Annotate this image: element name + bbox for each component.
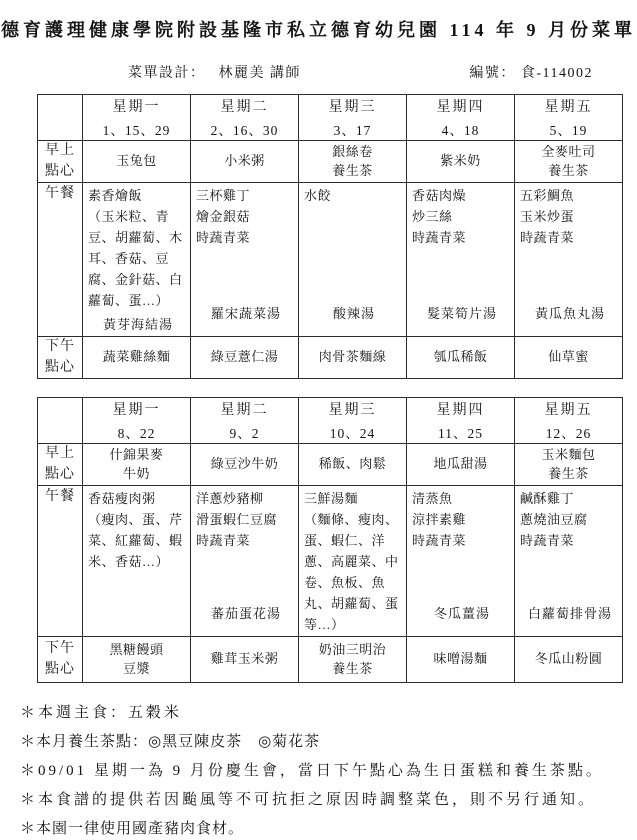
row-label-afternoon-snack: 下午 點心 — [38, 637, 83, 683]
lunch-row: 午餐 香菇瘦肉粥 （瘦肉、蛋、芹菜、紅蘿蔔、蝦米、香菇…） 洋蔥炒豬柳 滑蛋蝦仁… — [38, 486, 623, 637]
footnote-line: ＊本週主食：五穀米 — [20, 699, 637, 728]
afternoon-snack-cell: 瓠瓜稀飯 — [407, 337, 515, 379]
menu-designer-value: 林麗美 講師 — [219, 62, 302, 82]
morning-snack-cell: 玉兔包 — [83, 141, 191, 183]
weekday-header-thu: 星期四 11、25 — [407, 398, 515, 444]
menu-number: 編號： 食-114002 — [469, 62, 593, 82]
menu-number-label: 編號： — [469, 62, 516, 82]
lunch-cell: 素香燴飯 （玉米粒、青豆、胡蘿蔔、木耳、香菇、豆腐、金針菇、白蘿蔔、蛋…） 黃芽… — [83, 183, 191, 337]
lunch-dishes: 洋蔥炒豬柳 滑蛋蝦仁豆腐 時蔬青菜 — [196, 488, 296, 551]
weekday-dates: 1、15、29 — [83, 119, 190, 139]
footnote-line: ＊本月養生茶點：◎黑豆陳皮茶 ◎菊花茶 — [20, 728, 637, 757]
afternoon-snack-cell: 綠豆薏仁湯 — [191, 337, 299, 379]
lunch-dishes: 清蒸魚 涼拌素雞 時蔬青菜 — [412, 488, 512, 551]
lunch-dishes: 三鮮湯麵 （麵條、瘦肉、蛋、蝦仁、洋蔥、高麗菜、中卷、魚板、魚丸、胡蘿蔔、蛋等…… — [304, 488, 404, 635]
weekday-header-tue: 星期二 9、2 — [191, 398, 299, 444]
lunch-dishes: 三杯雞丁 燴金銀菇 時蔬青菜 — [196, 185, 296, 248]
weekday-name: 星期一 — [83, 96, 190, 116]
weekday-name: 星期二 — [191, 96, 298, 116]
corner-cell — [38, 398, 83, 444]
afternoon-snack-cell: 冬瓜山粉圓 — [515, 637, 623, 683]
lunch-soup: 羅宋蔬菜湯 — [196, 303, 296, 336]
weekday-name: 星期五 — [515, 96, 622, 116]
row-label-lunch: 午餐 — [38, 486, 83, 637]
weekday-header-mon: 星期一 8、22 — [83, 398, 191, 444]
footnote-line: ＊本食譜的提供若因颱風等不可抗拒之原因時調整菜色，則不另行通知。 — [20, 786, 637, 815]
lunch-soup: 酸辣湯 — [304, 303, 404, 336]
lunch-row: 午餐 素香燴飯 （玉米粒、青豆、胡蘿蔔、木耳、香菇、豆腐、金針菇、白蘿蔔、蛋…）… — [38, 183, 623, 337]
weekday-name: 星期三 — [299, 399, 406, 419]
footnotes: ＊本週主食：五穀米 ＊本月養生茶點：◎黑豆陳皮茶 ◎菊花茶 ＊09/01 星期一… — [20, 699, 637, 840]
lunch-cell: 五彩鯛魚 玉米炒蛋 時蔬青菜 黃瓜魚丸湯 — [515, 183, 623, 337]
lunch-cell: 水餃 酸辣湯 — [299, 183, 407, 337]
page-title: 德育護理健康學院附設基隆市私立德育幼兒園 114 年 9 月份菜單 — [0, 0, 637, 42]
row-label-morning-snack: 早上 點心 — [38, 444, 83, 486]
weekday-dates: 9、2 — [191, 422, 298, 442]
row-label-morning-snack: 早上 點心 — [38, 141, 83, 183]
morning-snack-cell: 地瓜甜湯 — [407, 444, 515, 486]
lunch-cell: 清蒸魚 涼拌素雞 時蔬青菜 冬瓜薑湯 — [407, 486, 515, 637]
weekday-header-mon: 星期一 1、15、29 — [83, 95, 191, 141]
weekday-name: 星期五 — [515, 399, 622, 419]
lunch-dishes: 香菇肉燥 炒三絲 時蔬青菜 — [412, 185, 512, 248]
weekday-dates: 10、24 — [299, 422, 406, 442]
lunch-cell: 洋蔥炒豬柳 滑蛋蝦仁豆腐 時蔬青菜 蕃茄蛋花湯 — [191, 486, 299, 637]
weekday-header-tue: 星期二 2、16、30 — [191, 95, 299, 141]
weekday-header-fri: 星期五 5、19 — [515, 95, 623, 141]
row-label-afternoon-snack: 下午 點心 — [38, 337, 83, 379]
morning-snack-cell: 紫米奶 — [407, 141, 515, 183]
morning-snack-cell: 小米粥 — [191, 141, 299, 183]
morning-snack-cell: 玉米麵包 養生茶 — [515, 444, 623, 486]
menu-table-week-b: 星期一 8、22 星期二 9、2 星期三 10、24 星期四 11、25 星期五… — [37, 397, 623, 683]
weekday-header-thu: 星期四 4、18 — [407, 95, 515, 141]
meta-row: 菜單設計： 林麗美 講師 編號： 食-114002 — [0, 42, 637, 82]
weekday-dates: 2、16、30 — [191, 119, 298, 139]
weekday-dates: 8、22 — [83, 422, 190, 442]
footnote-line: ＊本園一律使用國產豬肉食材。 — [20, 815, 637, 840]
lunch-soup: 黃芽海結湯 — [88, 314, 188, 336]
weekday-header-wed: 星期三 3、17 — [299, 95, 407, 141]
afternoon-snack-row: 下午 點心 蔬菜雞絲麵 綠豆薏仁湯 肉骨茶麵線 瓠瓜稀飯 仙草蜜 — [38, 337, 623, 379]
weekday-header-row: 星期一 1、15、29 星期二 2、16、30 星期三 3、17 星期四 4、1… — [38, 95, 623, 141]
lunch-soup: 髮菜筍片湯 — [412, 303, 512, 336]
lunch-cell: 三鮮湯麵 （麵條、瘦肉、蛋、蝦仁、洋蔥、高麗菜、中卷、魚板、魚丸、胡蘿蔔、蛋等…… — [299, 486, 407, 637]
afternoon-snack-cell: 蔬菜雞絲麵 — [83, 337, 191, 379]
lunch-soup: 黃瓜魚丸湯 — [520, 303, 620, 336]
menu-table-week-a: 星期一 1、15、29 星期二 2、16、30 星期三 3、17 星期四 4、1… — [37, 94, 623, 379]
weekday-header-fri: 星期五 12、26 — [515, 398, 623, 444]
row-label-lunch: 午餐 — [38, 183, 83, 337]
menu-designer: 菜單設計： 林麗美 講師 — [128, 62, 301, 82]
afternoon-snack-cell: 仙草蜜 — [515, 337, 623, 379]
morning-snack-row: 早上 點心 玉兔包 小米粥 銀絲卷 養生茶 紫米奶 全麥吐司 養生茶 — [38, 141, 623, 183]
afternoon-snack-cell: 味噌湯麵 — [407, 637, 515, 683]
footnote-line: ＊09/01 星期一為 9 月份慶生會，當日下午點心為生日蛋糕和養生茶點。 — [20, 757, 637, 786]
lunch-cell: 香菇瘦肉粥 （瘦肉、蛋、芹菜、紅蘿蔔、蝦米、香菇…） — [83, 486, 191, 637]
weekday-header-row: 星期一 8、22 星期二 9、2 星期三 10、24 星期四 11、25 星期五… — [38, 398, 623, 444]
weekday-name: 星期一 — [83, 399, 190, 419]
lunch-soup: 蕃茄蛋花湯 — [196, 603, 296, 636]
afternoon-snack-cell: 肉骨茶麵線 — [299, 337, 407, 379]
lunch-dishes: 素香燴飯 （玉米粒、青豆、胡蘿蔔、木耳、香菇、豆腐、金針菇、白蘿蔔、蛋…） — [88, 185, 188, 311]
menu-designer-label: 菜單設計： — [128, 62, 206, 82]
afternoon-snack-row: 下午 點心 黑糖饅頭 豆漿 雞茸玉米粥 奶油三明治 養生茶 味噌湯麵 冬瓜山粉圓 — [38, 637, 623, 683]
afternoon-snack-cell: 雞茸玉米粥 — [191, 637, 299, 683]
morning-snack-cell: 綠豆沙牛奶 — [191, 444, 299, 486]
morning-snack-cell: 稀飯、肉鬆 — [299, 444, 407, 486]
weekday-dates: 12、26 — [515, 422, 622, 442]
morning-snack-cell: 全麥吐司 養生茶 — [515, 141, 623, 183]
lunch-dishes: 鹹酥雞丁 蔥燒油豆腐 時蔬青菜 — [520, 488, 620, 551]
morning-snack-cell: 銀絲卷 養生茶 — [299, 141, 407, 183]
weekday-dates: 5、19 — [515, 119, 622, 139]
menu-number-value: 食-114002 — [521, 62, 593, 82]
weekday-name: 星期四 — [407, 96, 514, 116]
morning-snack-row: 早上 點心 什錦果麥 牛奶 綠豆沙牛奶 稀飯、肉鬆 地瓜甜湯 玉米麵包 養生茶 — [38, 444, 623, 486]
weekday-name: 星期三 — [299, 96, 406, 116]
lunch-soup: 白蘿蔔排骨湯 — [520, 603, 620, 636]
weekday-dates: 11、25 — [407, 422, 514, 442]
weekday-dates: 4、18 — [407, 119, 514, 139]
lunch-cell: 鹹酥雞丁 蔥燒油豆腐 時蔬青菜 白蘿蔔排骨湯 — [515, 486, 623, 637]
weekday-name: 星期二 — [191, 399, 298, 419]
lunch-soup: 冬瓜薑湯 — [412, 603, 512, 636]
afternoon-snack-cell: 黑糖饅頭 豆漿 — [83, 637, 191, 683]
weekday-name: 星期四 — [407, 399, 514, 419]
lunch-cell: 香菇肉燥 炒三絲 時蔬青菜 髮菜筍片湯 — [407, 183, 515, 337]
weekday-dates: 3、17 — [299, 119, 406, 139]
lunch-cell: 三杯雞丁 燴金銀菇 時蔬青菜 羅宋蔬菜湯 — [191, 183, 299, 337]
lunch-dishes: 五彩鯛魚 玉米炒蛋 時蔬青菜 — [520, 185, 620, 248]
lunch-dishes: 水餃 — [304, 185, 404, 206]
weekday-header-wed: 星期三 10、24 — [299, 398, 407, 444]
lunch-dishes: 香菇瘦肉粥 （瘦肉、蛋、芹菜、紅蘿蔔、蝦米、香菇…） — [88, 488, 188, 572]
morning-snack-cell: 什錦果麥 牛奶 — [83, 444, 191, 486]
corner-cell — [38, 95, 83, 141]
lunch-soup — [88, 622, 188, 636]
